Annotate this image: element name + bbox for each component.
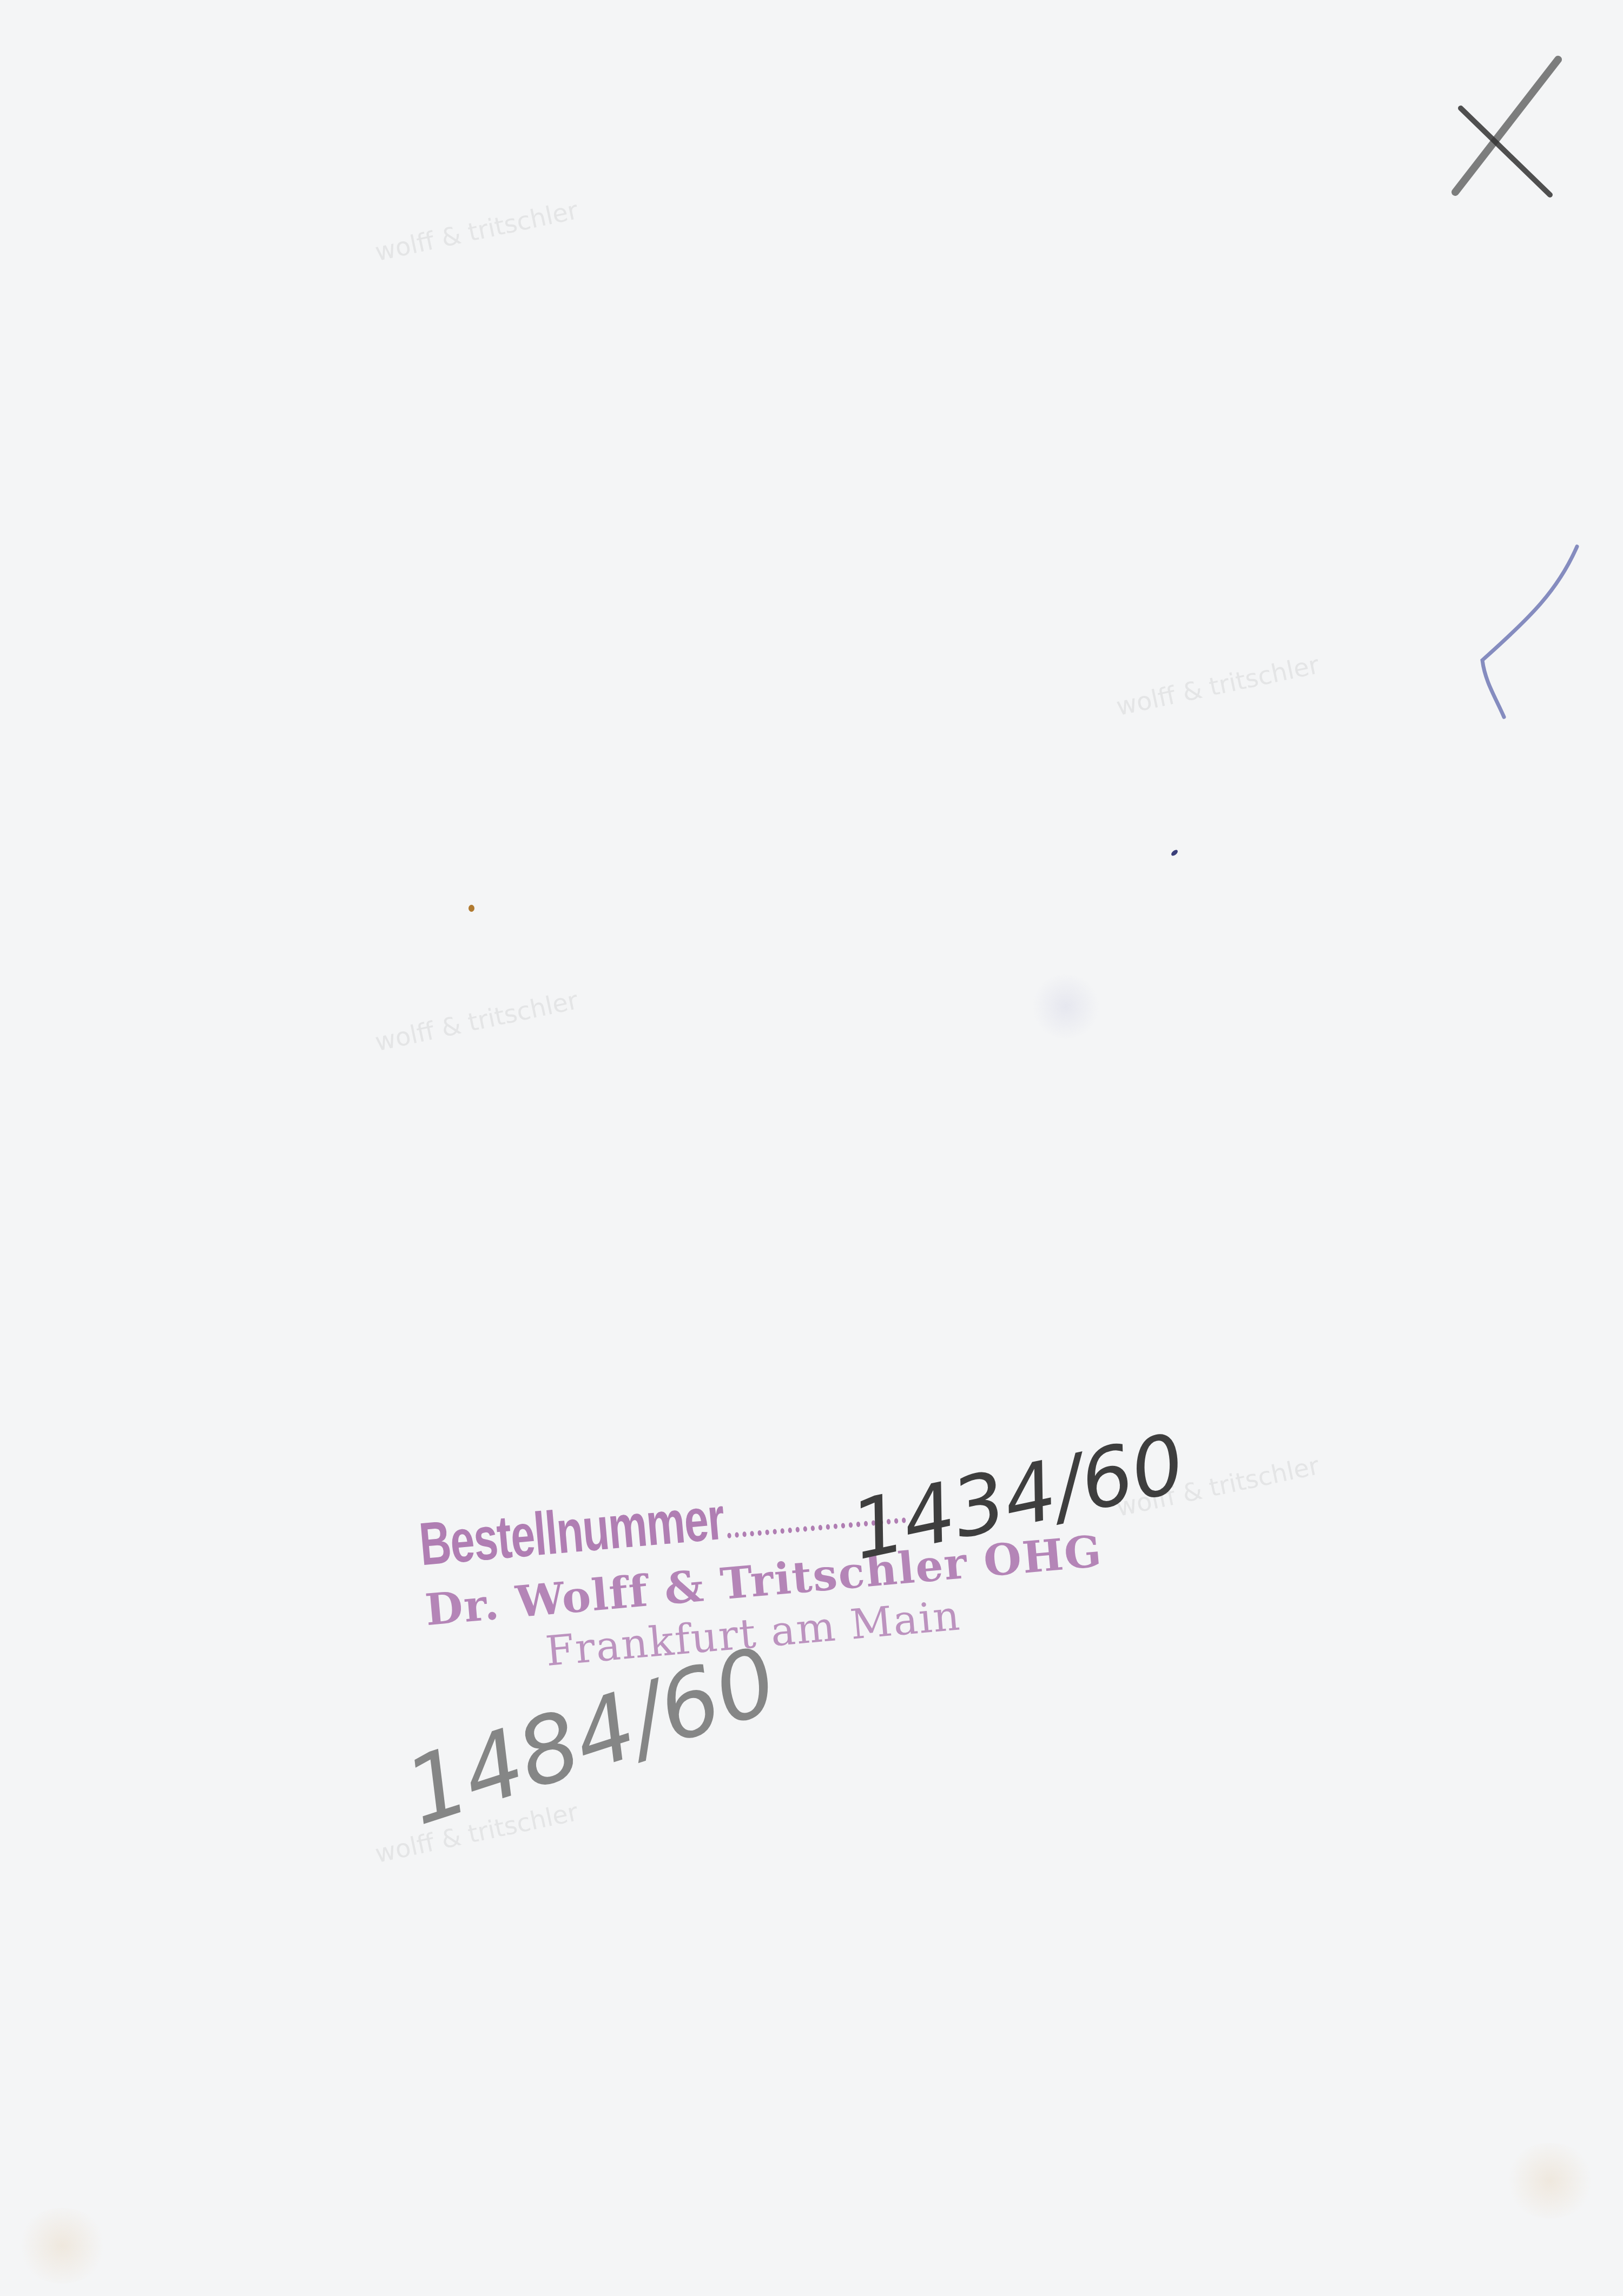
smudge-mark bbox=[1031, 974, 1101, 1039]
watermark: wolff & tritschler bbox=[373, 195, 580, 267]
speck-mark bbox=[1170, 848, 1179, 857]
pencil-cross-mark-icon bbox=[1428, 43, 1591, 206]
corner-stain bbox=[1504, 2143, 1596, 2219]
watermark: wolff & tritschler bbox=[373, 985, 580, 1057]
blue-pencil-mark-icon bbox=[1461, 525, 1591, 720]
corner-stain bbox=[16, 2208, 108, 2284]
speck-mark bbox=[469, 905, 474, 912]
photo-back-sheet: wolff & tritschler wolff & tritschler wo… bbox=[0, 0, 1623, 2296]
watermark: wolff & tritschler bbox=[1114, 650, 1322, 721]
